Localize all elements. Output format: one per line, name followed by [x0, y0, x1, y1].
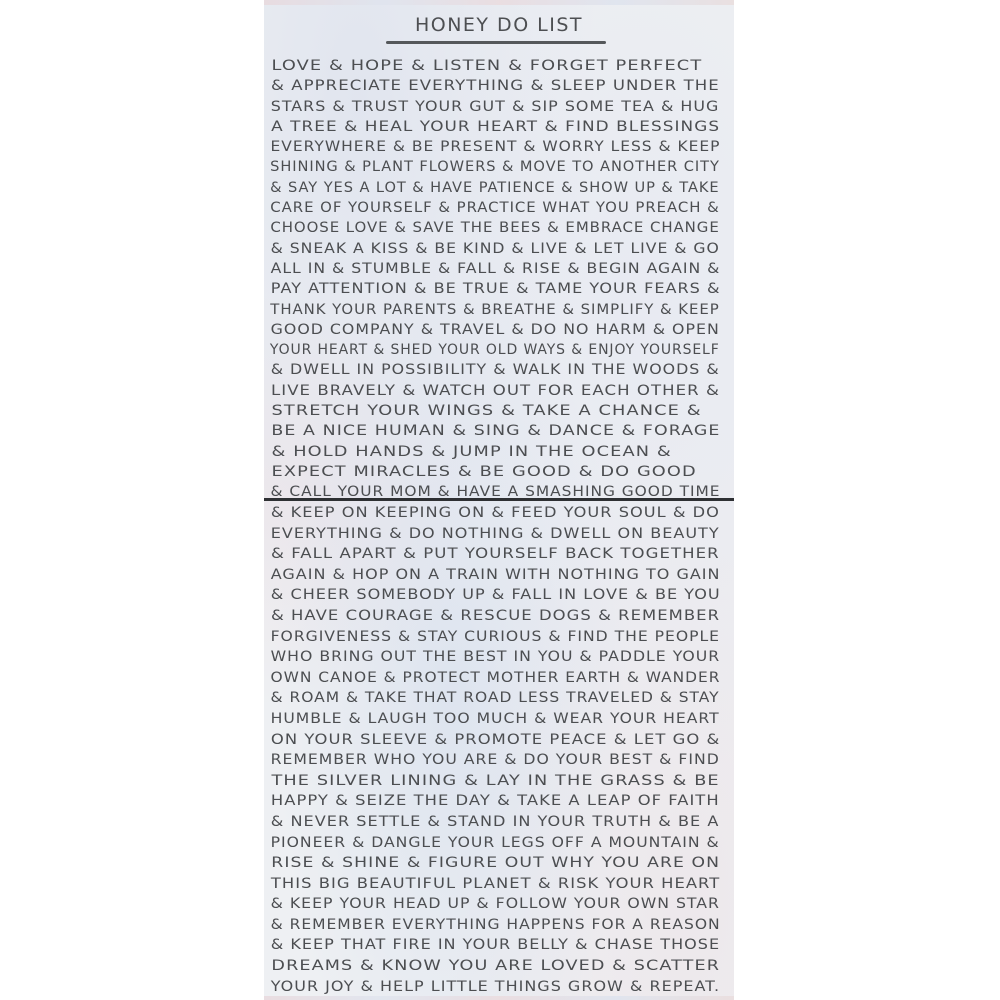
canvas-top-edge — [264, 0, 734, 5]
list-line: RISE & SHINE & FIGURE OUT WHY YOU ARE ON — [264, 853, 734, 874]
list-line: WHO BRING OUT THE BEST IN YOU & PADDLE Y… — [264, 647, 734, 668]
lower-panel: & KEEP ON KEEPING ON & FEED YOUR SOUL & … — [264, 503, 734, 997]
list-line: GOOD COMPANY & TRAVEL & DO NO HARM & OPE… — [264, 320, 734, 340]
panel-divider — [264, 498, 734, 501]
upper-panel: LOVE & HOPE & LISTEN & FORGET PERFECT& A… — [264, 56, 734, 503]
list-line: FORGIVENESS & STAY CURIOUS & FIND THE PE… — [264, 627, 734, 648]
list-line: ON YOUR SLEEVE & PROMOTE PEACE & LET GO … — [264, 730, 734, 751]
list-line: EVERYWHERE & BE PRESENT & WORRY LESS & K… — [264, 137, 734, 157]
list-line: YOUR JOY & HELP LITTLE THINGS GROW & REP… — [264, 977, 734, 998]
list-line: HAPPY & SEIZE THE DAY & TAKE A LEAP OF F… — [264, 791, 734, 812]
list-line: & ROAM & TAKE THAT ROAD LESS TRAVELED & … — [264, 688, 734, 709]
list-line: ALL IN & STUMBLE & FALL & RISE & BEGIN A… — [264, 259, 734, 279]
list-line: AGAIN & HOP ON A TRAIN WITH NOTHING TO G… — [264, 565, 734, 586]
list-line: SHINING & PLANT FLOWERS & MOVE TO ANOTHE… — [264, 157, 734, 177]
list-line: CHOOSE LOVE & SAVE THE BEES & EMBRACE CH… — [264, 218, 734, 238]
honey-do-list-artwork: HONEY DO LIST LOVE & HOPE & LISTEN & FOR… — [264, 0, 734, 1000]
list-line: YOUR HEART & SHED YOUR OLD WAYS & ENJOY … — [264, 340, 727, 360]
title-underline — [386, 41, 606, 44]
list-line: LIVE BRAVELY & WATCH OUT FOR EACH OTHER … — [264, 381, 734, 401]
list-line: THE SILVER LINING & LAY IN THE GRASS & B… — [264, 771, 734, 792]
list-line: OWN CANOE & PROTECT MOTHER EARTH & WANDE… — [264, 668, 734, 689]
list-line: DREAMS & KNOW YOU ARE LOVED & SCATTER — [264, 956, 734, 977]
list-line: & KEEP YOUR HEAD UP & FOLLOW YOUR OWN ST… — [264, 894, 734, 915]
list-line: & KEEP ON KEEPING ON & FEED YOUR SOUL & … — [264, 503, 734, 524]
list-line: & REMEMBER EVERYTHING HAPPENS FOR A REAS… — [264, 915, 734, 936]
list-line: LOVE & HOPE & LISTEN & FORGET PERFECT — [264, 56, 734, 76]
list-line: PAY ATTENTION & BE TRUE & TAME YOUR FEAR… — [264, 279, 734, 299]
list-line: EVERYTHING & DO NOTHING & DWELL ON BEAUT… — [264, 524, 734, 545]
list-line: STRETCH YOUR WINGS & TAKE A CHANCE & — [264, 401, 734, 421]
list-line: & SNEAK A KISS & BE KIND & LIVE & LET LI… — [264, 239, 734, 259]
list-line: A TREE & HEAL YOUR HEART & FIND BLESSING… — [264, 117, 734, 137]
list-line: PIONEER & DANGLE YOUR LEGS OFF A MOUNTAI… — [264, 833, 734, 854]
artwork-title: HONEY DO LIST — [264, 14, 734, 36]
list-line: STARS & TRUST YOUR GUT & SIP SOME TEA & … — [264, 97, 734, 117]
list-line: & DWELL IN POSSIBILITY & WALK IN THE WOO… — [264, 360, 734, 380]
list-line: & CHEER SOMEBODY UP & FALL IN LOVE & BE … — [264, 585, 734, 606]
list-line: EXPECT MIRACLES & BE GOOD & DO GOOD — [264, 462, 734, 482]
list-line: & HAVE COURAGE & RESCUE DOGS & REMEMBER — [264, 606, 734, 627]
list-line: & APPRECIATE EVERYTHING & SLEEP UNDER TH… — [264, 76, 734, 96]
list-line: & KEEP THAT FIRE IN YOUR BELLY & CHASE T… — [264, 935, 734, 956]
list-line: REMEMBER WHO YOU ARE & DO YOUR BEST & FI… — [264, 750, 734, 771]
list-line: & SAY YES A LOT & HAVE PATIENCE & SHOW U… — [264, 178, 734, 198]
list-line: BE A NICE HUMAN & SING & DANCE & FORAGE — [264, 421, 734, 441]
list-line: & HOLD HANDS & JUMP IN THE OCEAN & — [264, 442, 734, 462]
list-line: & NEVER SETTLE & STAND IN YOUR TRUTH & B… — [264, 812, 734, 833]
list-line: & FALL APART & PUT YOURSELF BACK TOGETHE… — [264, 544, 734, 565]
list-line: THANK YOUR PARENTS & BREATHE & SIMPLIFY … — [264, 300, 734, 320]
canvas-bottom-edge — [264, 996, 734, 1000]
list-line: CARE OF YOURSELF & PRACTICE WHAT YOU PRE… — [264, 198, 734, 218]
list-line: HUMBLE & LAUGH TOO MUCH & WEAR YOUR HEAR… — [264, 709, 734, 730]
list-line: THIS BIG BEAUTIFUL PLANET & RISK YOUR HE… — [264, 874, 734, 895]
